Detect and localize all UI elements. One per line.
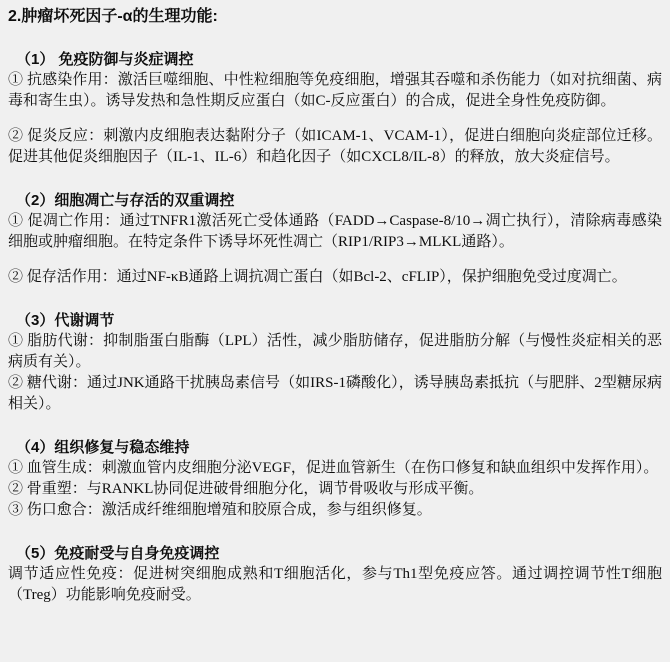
section-4: （4）组织修复与稳态维持① 血管生成：刺激血管内皮细胞分泌VEGF，促进血管新生…	[8, 437, 662, 521]
paragraph: ③ 伤口愈合：激活成纤维细胞增殖和胶原合成，参与组织修复。	[8, 500, 662, 521]
section-heading: （3）代谢调节	[8, 310, 662, 331]
document-body: （1） 免疫防御与炎症调控① 抗感染作用：激活巨噬细胞、中性粒细胞等免疫细胞，增…	[8, 49, 662, 606]
paragraph: 调节适应性免疫：促进树突细胞成熟和T细胞活化，参与Th1型免疫应答。通过调控调节…	[8, 564, 662, 606]
section-heading: （2）细胞凋亡与存活的双重调控	[8, 190, 662, 211]
section-heading: （5）免疫耐受与自身免疫调控	[8, 543, 662, 564]
document-page: 2.肿瘤坏死因子-α的生理功能: （1） 免疫防御与炎症调控① 抗感染作用：激活…	[0, 0, 670, 662]
paragraph: ② 骨重塑：与RANKL协同促进破骨细胞分化，调节骨吸收与形成平衡。	[8, 479, 662, 500]
section-5: （5）免疫耐受与自身免疫调控调节适应性免疫：促进树突细胞成熟和T细胞活化，参与T…	[8, 543, 662, 606]
section-3: （3）代谢调节① 脂肪代谢：抑制脂蛋白脂酶（LPL）活性，减少脂肪储存，促进脂肪…	[8, 310, 662, 415]
section-heading: （1） 免疫防御与炎症调控	[8, 49, 662, 70]
paragraph: ② 糖代谢：通过JNK通路干扰胰岛素信号（如IRS-1磷酸化），诱导胰岛素抵抗（…	[8, 373, 662, 415]
paragraph: ② 促存活作用：通过NF-κB通路上调抗凋亡蛋白（如Bcl-2、cFLIP），保…	[8, 267, 662, 288]
paragraph: ① 抗感染作用：激活巨噬细胞、中性粒细胞等免疫细胞，增强其吞噬和杀伤能力（如对抗…	[8, 70, 662, 112]
paragraph: ① 脂肪代谢：抑制脂蛋白脂酶（LPL）活性，减少脂肪储存，促进脂肪分解（与慢性炎…	[8, 331, 662, 373]
paragraph: ① 血管生成：刺激血管内皮细胞分泌VEGF，促进血管新生（在伤口修复和缺血组织中…	[8, 458, 662, 479]
section-2: （2）细胞凋亡与存活的双重调控① 促凋亡作用：通过TNFR1激活死亡受体通路（F…	[8, 190, 662, 288]
paragraph: ① 促凋亡作用：通过TNFR1激活死亡受体通路（FADD→Caspase-8/1…	[8, 211, 662, 253]
section-1: （1） 免疫防御与炎症调控① 抗感染作用：激活巨噬细胞、中性粒细胞等免疫细胞，增…	[8, 49, 662, 168]
paragraph: ② 促炎反应：刺激内皮细胞表达黏附分子（如ICAM-1、VCAM-1），促进白细…	[8, 126, 662, 168]
section-heading: （4）组织修复与稳态维持	[8, 437, 662, 458]
document-title: 2.肿瘤坏死因子-α的生理功能:	[8, 6, 662, 27]
